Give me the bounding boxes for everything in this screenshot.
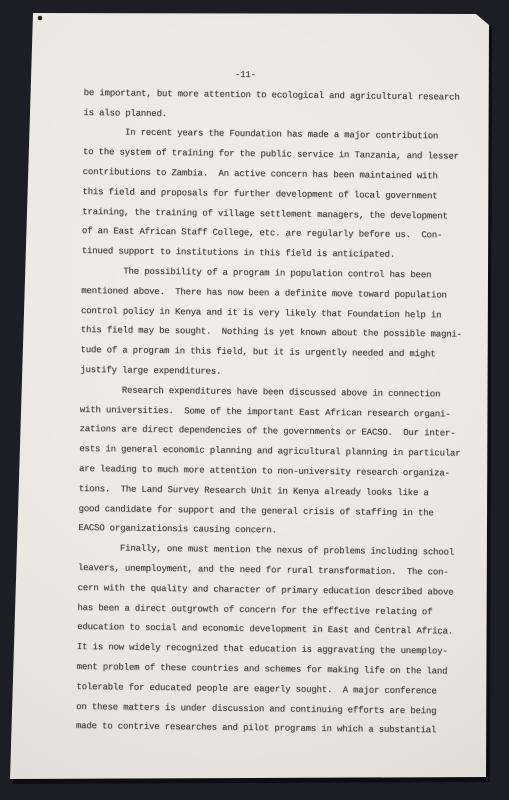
staple-mark-left <box>23 18 27 22</box>
text-line: made to contrive researches and pilot pr… <box>76 717 474 742</box>
document-page: -11- be important, but more attention to… <box>0 0 509 800</box>
scanner-background: -11- be important, but more attention to… <box>0 0 509 800</box>
body-text: be important, but more attention to ecol… <box>76 84 482 742</box>
typewritten-text-block: -11- be important, but more attention to… <box>76 64 482 742</box>
staple-mark-right <box>38 16 42 20</box>
